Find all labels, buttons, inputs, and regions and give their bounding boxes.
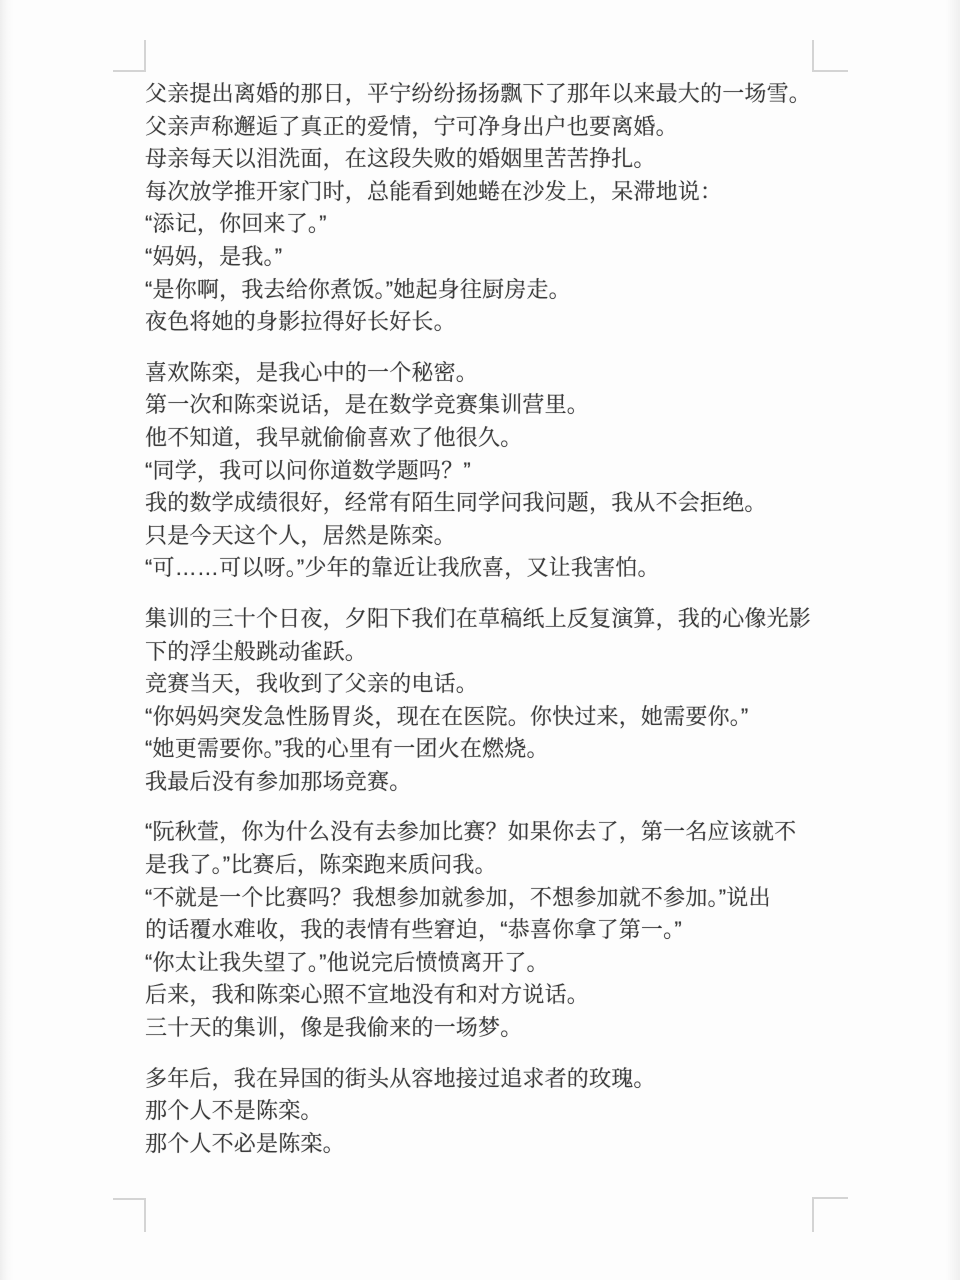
text-line: 那个人不是陈栾。 [145, 1095, 845, 1128]
paragraph: 多年后，我在异国的街头从容地接过追求者的玫瑰。那个人不是陈栾。那个人不必是陈栾。 [145, 1063, 845, 1161]
text-line: 喜欢陈栾，是我心中的一个秘密。 [145, 357, 845, 390]
text-line: 多年后，我在异国的街头从容地接过追求者的玫瑰。 [145, 1063, 845, 1096]
margin-mark-bottom-right-icon [812, 1197, 848, 1232]
text-line: “她更需要你。”我的心里有一团火在燃烧。 [145, 733, 845, 766]
text-line: “是你啊，我去给你煮饭。”她起身往厨房走。 [145, 274, 845, 307]
text-line: “你太让我失望了。”他说完后愤愤离开了。 [145, 947, 845, 980]
text-line: “同学，我可以问你道数学题吗？” [145, 455, 845, 488]
text-line: 母亲每天以泪洗面，在这段失败的婚姻里苦苦挣扎。 [145, 143, 845, 176]
text-line: “可……可以呀。”少年的靠近让我欣喜，又让我害怕。 [145, 552, 845, 585]
story-text: 父亲提出离婚的那日，平宁纷纷扬扬飘下了那年以来最大的一场雪。父亲声称邂逅了真正的… [145, 78, 845, 1178]
margin-mark-top-right-icon [812, 40, 848, 72]
text-line: 竞赛当天，我收到了父亲的电话。 [145, 668, 845, 701]
text-line: “妈妈，是我。” [145, 241, 845, 274]
text-line: 三十天的集训，像是我偷来的一场梦。 [145, 1012, 845, 1045]
text-line: 父亲声称邂逅了真正的爱情，宁可净身出户也要离婚。 [145, 111, 845, 144]
document-page: 父亲提出离婚的那日，平宁纷纷扬扬飘下了那年以来最大的一场雪。父亲声称邂逅了真正的… [0, 0, 960, 1280]
text-line: 父亲提出离婚的那日，平宁纷纷扬扬飘下了那年以来最大的一场雪。 [145, 78, 845, 111]
text-line: 第一次和陈栾说话，是在数学竞赛集训营里。 [145, 389, 845, 422]
paragraph: 集训的三十个日夜，夕阳下我们在草稿纸上反复演算，我的心像光影下的浮尘般跳动雀跃。… [145, 603, 845, 799]
text-line: 下的浮尘般跳动雀跃。 [145, 636, 845, 669]
text-line: 后来，我和陈栾心照不宣地没有和对方说话。 [145, 979, 845, 1012]
text-line: 夜色将她的身影拉得好长好长。 [145, 306, 845, 339]
text-line: 每次放学推开家门时，总能看到她蜷在沙发上，呆滞地说： [145, 176, 845, 209]
paragraph: 喜欢陈栾，是我心中的一个秘密。第一次和陈栾说话，是在数学竞赛集训营里。他不知道，… [145, 357, 845, 585]
text-line: 的话覆水难收，我的表情有些窘迫，“恭喜你拿了第一。” [145, 914, 845, 947]
text-line: 是我了。”比赛后，陈栾跑来质问我。 [145, 849, 845, 882]
paragraph: “阮秋萱，你为什么没有去参加比赛？如果你去了，第一名应该就不是我了。”比赛后，陈… [145, 816, 845, 1044]
text-line: 我的数学成绩很好，经常有陌生同学问我问题，我从不会拒绝。 [145, 487, 845, 520]
text-line: 只是今天这个人，居然是陈栾。 [145, 520, 845, 553]
text-line: “不就是一个比赛吗？我想参加就参加，不想参加就不参加。”说出 [145, 882, 845, 915]
text-line: 那个人不必是陈栾。 [145, 1128, 845, 1161]
paragraph: 父亲提出离婚的那日，平宁纷纷扬扬飘下了那年以来最大的一场雪。父亲声称邂逅了真正的… [145, 78, 845, 339]
text-line: “阮秋萱，你为什么没有去参加比赛？如果你去了，第一名应该就不 [145, 816, 845, 849]
text-line: “添记，你回来了。” [145, 208, 845, 241]
text-line: 集训的三十个日夜，夕阳下我们在草稿纸上反复演算，我的心像光影 [145, 603, 845, 636]
text-line: “你妈妈突发急性肠胃炎，现在在医院。你快过来，她需要你。” [145, 701, 845, 734]
text-line: 我最后没有参加那场竞赛。 [145, 766, 845, 799]
text-line: 他不知道，我早就偷偷喜欢了他很久。 [145, 422, 845, 455]
margin-mark-top-left-icon [113, 40, 146, 72]
margin-mark-bottom-left-icon [113, 1198, 146, 1232]
